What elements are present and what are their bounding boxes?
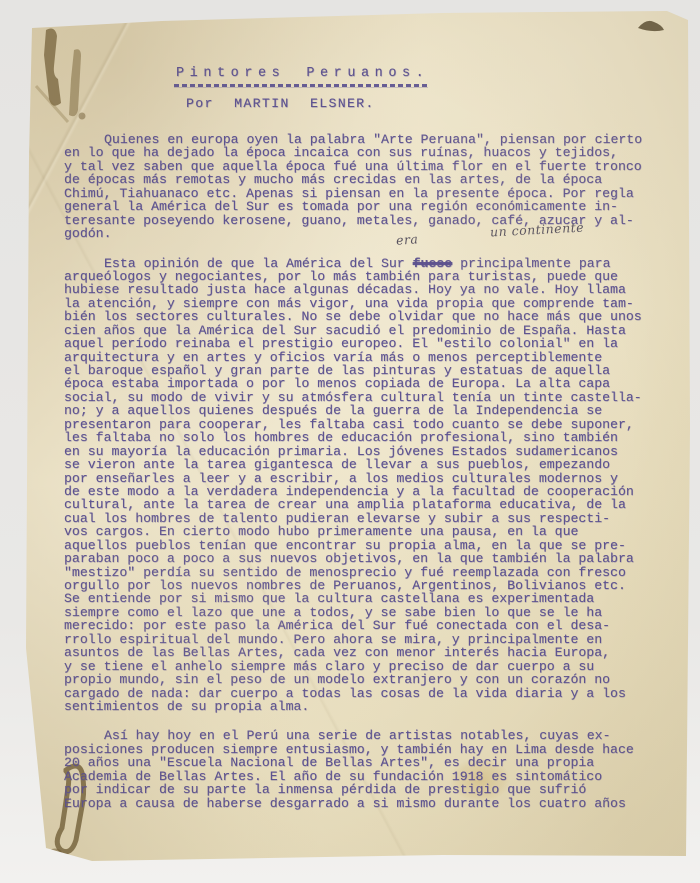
text-line: presentaron para cooperar, les faltaba c… [64,418,670,431]
text-line: arquitectura y en artes y oficios varía … [64,351,670,364]
text-line: en su mayoría la educación primaria. Los… [64,445,670,458]
text-line: paraban poco a poco a sus nuevos objetiv… [64,552,670,565]
text-line: cargado de nada: dar cuerpo a todas las … [64,687,670,700]
paper-sheet: Pintores Peruanos. Por MARTIN ELSNER. Qu… [22,8,690,866]
text-line: arqueólogos y negociantes, por lo más ta… [64,270,670,283]
text-line: de épocas más remotas y mucho más crecid… [64,173,670,186]
document-title: Pintores Peruanos. [176,66,670,81]
text-line: propio mundo, sin el peso de un modelo e… [64,673,670,686]
text-line: Quienes en europa oyen la palabra "Arte … [64,133,670,146]
text-line: 20 años una "Escuela Nacional de Bellas … [64,756,670,769]
text-line: aquellos pueblos tenían que encontrar su… [64,539,670,552]
text-line: no; y a aquellos quienes después de la g… [64,404,670,417]
text-line: cien años que la América del Sur sacudió… [64,324,670,337]
text-line: se vieron ante la tarea gigantesca de ll… [64,458,670,471]
text-line: la atención, y siempre con más vigor, un… [64,297,670,310]
text-line: sentimientos de su propia alma. [64,700,670,713]
text-line: rrollo espiritual del mundo. Pero ahora … [64,633,670,646]
text-line: merecido: por este paso la América del S… [64,619,670,632]
text-line: social, su modo de vivir y su atmósfera … [64,391,670,404]
text-line: y tal vez saben que aquella época fué un… [64,160,670,173]
text-line: Así hay hoy en el Perú una serie de arti… [64,729,670,742]
text-line: general la América del Sur es tomada por… [64,200,670,213]
text-line: el baroque español y gran parte de las p… [64,364,670,377]
typed-text: Pintores Peruanos. Por MARTIN ELSNER. Qu… [64,66,670,810]
ink-mark-top-right [634,16,668,34]
text-line: posiciones producen siempre entusiasmo, … [64,743,670,756]
scanner-background: { "page": { "colors": { "background": "#… [0,0,700,883]
text-line: Esta opinión de que la América del Sur f… [64,257,670,270]
text-line: por indicar de su parte la inmensa pérdi… [64,783,670,796]
text-line: vos cargos. En cierto modo hubo primeram… [64,525,670,538]
text-line: por enseñarles a leer y a escribir, a lo… [64,472,670,485]
text-line: asuntos de las Bellas Artes, cada vez co… [64,646,670,659]
text-line: en lo que ha dejado la época incaica con… [64,146,670,159]
handwritten-correction: era [396,231,419,248]
text-line: les faltaba no solo los hombres de educa… [64,431,670,444]
text-line: Europa a causa de haberse desgarrado a s… [64,797,670,810]
text-line: orgullo por los nuevos nombres de Peruan… [64,579,670,592]
text-line: hubiese resultado justa hace algunas déc… [64,283,670,296]
text-line: época estaba importada o por lo menos co… [64,377,670,390]
text-line: cual los hombres de talento pudieran ele… [64,512,670,525]
text-line: Se entiende por si mismo que la cultura … [64,592,670,605]
text-line: Chimú, Tiahuanaco etc. Apenas si piensan… [64,187,670,200]
text-line: de este modo a la verdadera independenci… [64,485,670,498]
text-line: aquel período reinaba el prestigio europ… [64,337,670,350]
text-line: "mestizo" perdía su sentido de menosprec… [64,566,670,579]
title-underline [174,84,428,87]
text-line: cultural, ante la tarea de crear una amp… [64,498,670,511]
paragraph: Así hay hoy en el Perú una serie de arti… [64,729,670,810]
text-line: siempre como el lazo que une a todos, y … [64,606,670,619]
paragraph: Esta opinión de que la América del Sur f… [64,257,670,714]
text-line: y se tiene el anhelo siempre más claro y… [64,660,670,673]
text-line: bién los sectores culturales. No se debe… [64,310,670,323]
byline: Por MARTIN ELSNER. [186,96,670,111]
text-line: Academia de Bellas Artes. El año de su f… [64,770,670,783]
